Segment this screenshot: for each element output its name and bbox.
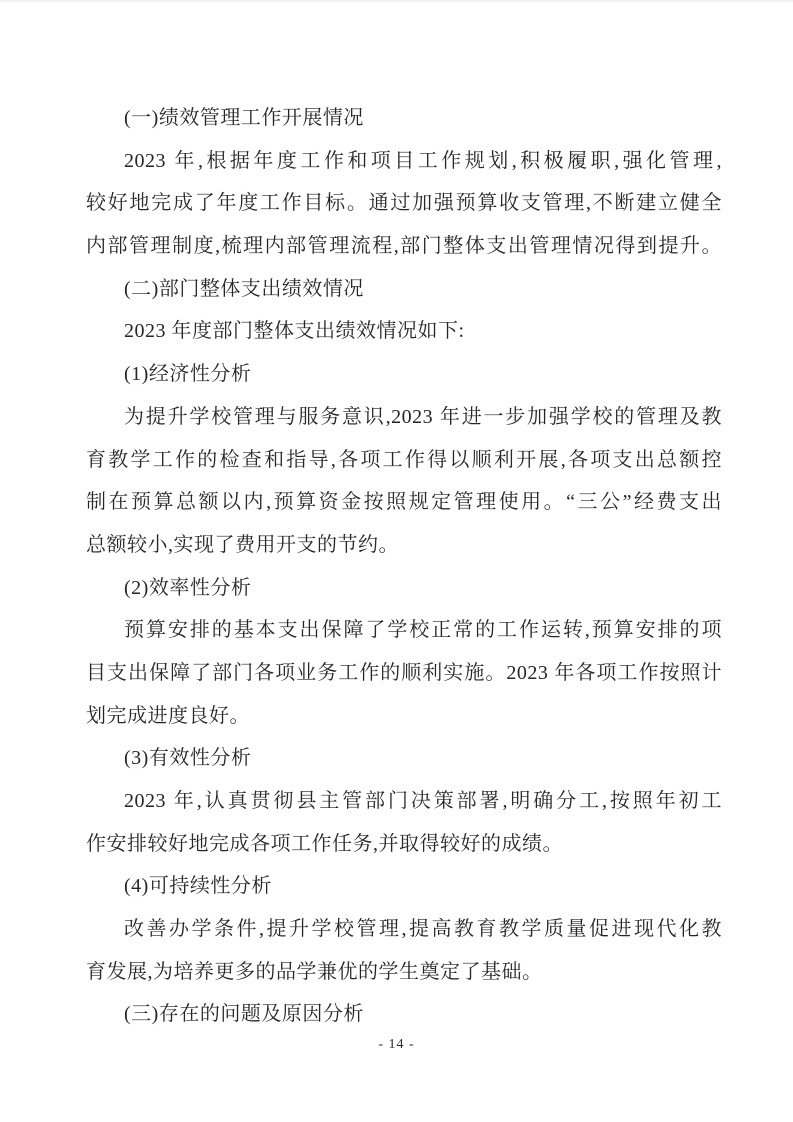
text-line: (3)有效性分析 bbox=[86, 737, 722, 780]
page-number: - 14 - bbox=[378, 1037, 414, 1052]
text-line: (一)绩效管理工作开展情况 bbox=[86, 97, 722, 140]
text-line: 总额较小,实现了费用开支的节约。 bbox=[86, 524, 722, 567]
document-body: (一)绩效管理工作开展情况2023 年,根据年度工作和项目工作规划,积极履职,强… bbox=[86, 97, 722, 1036]
text-line: 制在预算总额以内,预算资金按照规定管理使用。“三公”经费支出 bbox=[86, 481, 722, 524]
section-heading: (1)经济性分析 bbox=[86, 353, 722, 396]
text-line: (1)经济性分析 bbox=[86, 353, 722, 396]
text-line: (二)部门整体支出绩效情况 bbox=[86, 268, 722, 311]
section-heading: (4)可持续性分析 bbox=[86, 865, 722, 908]
text-line: 目支出保障了部门各项业务工作的顺利实施。2023 年各项工作按照计 bbox=[86, 652, 722, 695]
text-line: 作安排较好地完成各项工作任务,并取得较好的成绩。 bbox=[86, 823, 722, 866]
body-paragraph: 2023 年,根据年度工作和项目工作规划,积极履职,强化管理,较好地完成了年度工… bbox=[86, 140, 722, 268]
body-paragraph: 2023 年,认真贯彻县主管部门决策部署,明确分工,按照年初工作安排较好地完成各… bbox=[86, 780, 722, 865]
body-paragraph: 为提升学校管理与服务意识,2023 年进一步加强学校的管理及教育教学工作的检查和… bbox=[86, 396, 722, 567]
body-paragraph: 2023 年度部门整体支出绩效情况如下: bbox=[86, 310, 722, 353]
section-heading: (2)效率性分析 bbox=[86, 567, 722, 610]
text-line: 预算安排的基本支出保障了学校正常的工作运转,预算安排的项 bbox=[86, 609, 722, 652]
text-line: 2023 年度部门整体支出绩效情况如下: bbox=[86, 310, 722, 353]
text-line: (三)存在的问题及原因分析 bbox=[86, 993, 722, 1036]
body-paragraph: 改善办学条件,提升学校管理,提高教育教学质量促进现代化教育发展,为培养更多的品学… bbox=[86, 908, 722, 993]
text-line: 为提升学校管理与服务意识,2023 年进一步加强学校的管理及教 bbox=[86, 396, 722, 439]
text-line: 较好地完成了年度工作目标。通过加强预算收支管理,不断建立健全 bbox=[86, 182, 722, 225]
section-heading: (三)存在的问题及原因分析 bbox=[86, 993, 722, 1036]
text-line: (2)效率性分析 bbox=[86, 567, 722, 610]
section-heading: (二)部门整体支出绩效情况 bbox=[86, 268, 722, 311]
text-line: 划完成进度良好。 bbox=[86, 695, 722, 738]
text-line: 改善办学条件,提升学校管理,提高教育教学质量促进现代化教 bbox=[86, 908, 722, 951]
text-line: 内部管理制度,梳理内部管理流程,部门整体支出管理情况得到提升。 bbox=[86, 225, 722, 268]
section-heading: (一)绩效管理工作开展情况 bbox=[86, 97, 722, 140]
body-paragraph: 预算安排的基本支出保障了学校正常的工作运转,预算安排的项目支出保障了部门各项业务… bbox=[86, 609, 722, 737]
text-line: 育发展,为培养更多的品学兼优的学生奠定了基础。 bbox=[86, 951, 722, 994]
text-line: 2023 年,根据年度工作和项目工作规划,积极履职,强化管理, bbox=[86, 140, 722, 183]
page-top-edge bbox=[0, 0, 793, 2]
section-heading: (3)有效性分析 bbox=[86, 737, 722, 780]
text-line: 育教学工作的检查和指导,各项工作得以顺利开展,各项支出总额控 bbox=[86, 439, 722, 482]
text-line: (4)可持续性分析 bbox=[86, 865, 722, 908]
text-line: 2023 年,认真贯彻县主管部门决策部署,明确分工,按照年初工 bbox=[86, 780, 722, 823]
page-footer: - 14 - bbox=[0, 1037, 793, 1059]
